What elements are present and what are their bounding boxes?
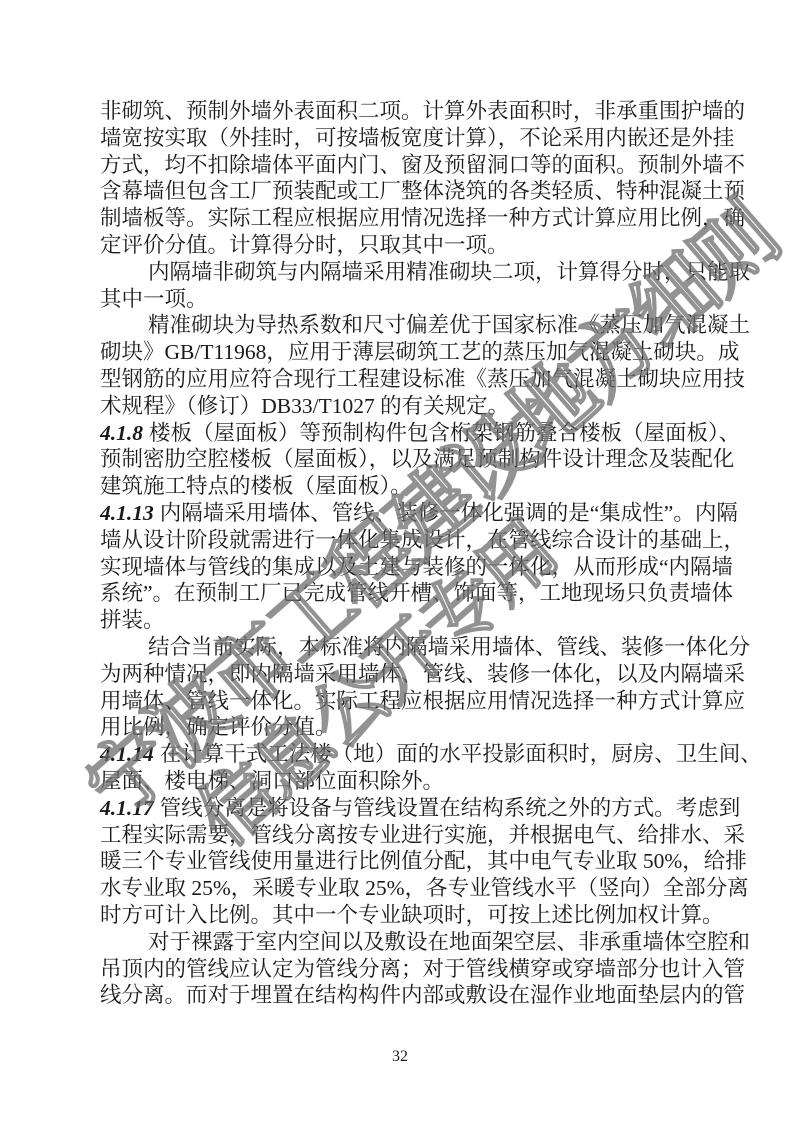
paragraph-first-line: 内隔墙非砌筑与内隔墙采用精准砌块二项，计算得分时，只能取 — [100, 259, 701, 286]
text-line: 砌块》GB/T11968，应用于薄层砌筑工艺的蒸压加气混凝土砌块。成 — [100, 339, 701, 366]
text-line: 非砌筑、预制外墙外表面积二项。计算外表面积时，非承重围护墙的 — [100, 98, 701, 125]
text-line: 拼装。 — [100, 607, 701, 634]
document-page: 非砌筑、预制外墙外表面积二项。计算外表面积时，非承重围护墙的墙宽按实取（外挂时，… — [0, 0, 800, 1131]
section-line: 4.1.8楼板（屋面板）等预制构件包含桁架钢筋叠合楼板（屋面板）、 — [100, 420, 701, 447]
line-text: 管线分离是将设备与管线设置在结构系统之外的方式。考虑到 — [160, 796, 741, 820]
line-text: 屋面、楼电梯、洞口部位面积除外。 — [100, 769, 444, 793]
line-text: 精准砌块为导热系数和尺寸偏差优于国家标准《蒸压加气混凝土 — [148, 313, 750, 337]
line-text: 其中一项。 — [100, 287, 208, 311]
section-number: 4.1.14 — [100, 742, 154, 766]
line-text: 型钢筋的应用应符合现行工程建设标准《蒸压加气混凝土砌块应用技 — [100, 367, 745, 391]
line-text: 水专业取 25%，采暖专业取 25%，各专业管线水平（竖向）全部分离 — [100, 876, 749, 900]
line-text: 对于裸露于室内空间以及敷设在地面架空层、非承重墙体空腔和 — [148, 930, 750, 954]
text-line: 制墙板等。实际工程应根据应用情况选择一种方式计算应用比例，确 — [100, 205, 701, 232]
line-text: 术规程》（修订）DB33/T1027 的有关规定。 — [100, 394, 509, 418]
text-line: 实现墙体与管线的集成以及土建与装修的一体化，从而形成“内隔墙 — [100, 554, 701, 581]
text-line: 型钢筋的应用应符合现行工程建设标准《蒸压加气混凝土砌块应用技 — [100, 366, 701, 393]
section-line: 4.1.17管线分离是将设备与管线设置在结构系统之外的方式。考虑到 — [100, 795, 701, 822]
text-line: 墙宽按实取（外挂时，可按墙板宽度计算），不论采用内嵌还是外挂 — [100, 125, 701, 152]
line-text: 楼板（屋面板）等预制构件包含桁架钢筋叠合楼板（屋面板）、 — [149, 421, 740, 445]
text-line: 系统”。在预制工厂已完成管线开槽、饰面等，工地现场只负责墙体 — [100, 580, 701, 607]
text-line: 用墙体、管线一体化。实际工程应根据应用情况选择一种方式计算应 — [100, 688, 701, 715]
line-text: 时方可计入比例。其中一个专业缺项时，可按上述比例加权计算。 — [100, 903, 724, 927]
section-line: 4.1.13内隔墙采用墙体、管线、装修一体化强调的是“集成性”。内隔 — [100, 500, 701, 527]
section-number: 4.1.8 — [100, 421, 143, 445]
line-text: 暖三个专业管线使用量进行比例值分配，其中电气专业取 50%，给排 — [100, 849, 747, 873]
line-text: 预制密肋空腔楼板（屋面板），以及满足预制构件设计理念及装配化 — [100, 447, 734, 471]
line-text: 含幕墙但包含工厂预装配或工厂整体浇筑的各类轻质、特种混凝土预 — [100, 179, 745, 203]
paragraph-first-line: 对于裸露于室内空间以及敷设在地面架空层、非承重墙体空腔和 — [100, 929, 701, 956]
text-line: 为两种情况，即内隔墙采用墙体、管线、装修一体化，以及内隔墙采 — [100, 661, 701, 688]
line-text: 方式，均不扣除墙体平面内门、窗及预留洞口等的面积。预制外墙不 — [100, 153, 745, 177]
text-line: 含幕墙但包含工厂预装配或工厂整体浇筑的各类轻质、特种混凝土预 — [100, 178, 701, 205]
text-line: 时方可计入比例。其中一个专业缺项时，可按上述比例加权计算。 — [100, 902, 701, 929]
line-text: 工程实际需要，管线分离按专业进行实施，并根据电气、给排水、采 — [100, 823, 745, 847]
line-text: 墙从设计阶段就需进行一体化集成设计，在管线综合设计的基础上， — [100, 528, 745, 552]
line-text: 墙宽按实取（外挂时，可按墙板宽度计算），不论采用内嵌还是外挂 — [100, 126, 734, 150]
line-text: 吊顶内的管线应认定为管线分离；对于管线横穿或穿墙部分也计入管 — [100, 957, 745, 981]
body-text: 非砌筑、预制外墙外表面积二项。计算外表面积时，非承重围护墙的墙宽按实取（外挂时，… — [100, 98, 701, 1009]
text-line: 吊顶内的管线应认定为管线分离；对于管线横穿或穿墙部分也计入管 — [100, 956, 701, 983]
text-line: 线分离。而对于埋置在结构构件内部或敷设在湿作业地面垫层内的管 — [100, 982, 701, 1009]
text-line: 暖三个专业管线使用量进行比例值分配，其中电气专业取 50%，给排 — [100, 848, 701, 875]
line-text: 线分离。而对于埋置在结构构件内部或敷设在湿作业地面垫层内的管 — [100, 983, 745, 1007]
text-line: 方式，均不扣除墙体平面内门、窗及预留洞口等的面积。预制外墙不 — [100, 152, 701, 179]
line-text: 非砌筑、预制外墙外表面积二项。计算外表面积时，非承重围护墙的 — [100, 99, 745, 123]
line-text: 实现墙体与管线的集成以及土建与装修的一体化，从而形成“内隔墙 — [100, 555, 733, 579]
line-text: 拼装。 — [100, 608, 165, 632]
line-text: 用墙体、管线一体化。实际工程应根据应用情况选择一种方式计算应 — [100, 689, 745, 713]
line-text: 内隔墙采用墙体、管线、装修一体化强调的是“集成性”。内隔 — [160, 501, 738, 525]
text-line: 预制密肋空腔楼板（屋面板），以及满足预制构件设计理念及装配化 — [100, 446, 701, 473]
text-line: 定评价分值。计算得分时，只取其中一项。 — [100, 232, 701, 259]
text-line: 其中一项。 — [100, 286, 701, 313]
line-text: 在计算干式工法楼（地）面的水平投影面积时，厨房、卫生间、 — [160, 742, 762, 766]
section-number: 4.1.13 — [100, 501, 154, 525]
paragraph-first-line: 精准砌块为导热系数和尺寸偏差优于国家标准《蒸压加气混凝土 — [100, 312, 701, 339]
text-line: 屋面、楼电梯、洞口部位面积除外。 — [100, 768, 701, 795]
text-line: 用比例，确定评价分值。 — [100, 714, 701, 741]
line-text: 定评价分值。计算得分时，只取其中一项。 — [100, 233, 509, 257]
section-number: 4.1.17 — [100, 796, 154, 820]
line-text: 内隔墙非砌筑与内隔墙采用精准砌块二项，计算得分时，只能取 — [148, 260, 750, 284]
section-line: 4.1.14在计算干式工法楼（地）面的水平投影面积时，厨房、卫生间、 — [100, 741, 701, 768]
line-text: 用比例，确定评价分值。 — [100, 715, 337, 739]
line-text: 为两种情况，即内隔墙采用墙体、管线、装修一体化，以及内隔墙采 — [100, 662, 745, 686]
line-text: 建筑施工特点的楼板（屋面板）。 — [100, 474, 412, 498]
line-text: 结合当前实际，本标准将内隔墙采用墙体、管线、装修一体化分 — [148, 635, 750, 659]
line-text: 制墙板等。实际工程应根据应用情况选择一种方式计算应用比例，确 — [100, 206, 745, 230]
line-text: 系统”。在预制工厂已完成管线开槽、饰面等，工地现场只负责墙体 — [100, 581, 733, 605]
text-line: 工程实际需要，管线分离按专业进行实施，并根据电气、给排水、采 — [100, 822, 701, 849]
text-line: 水专业取 25%，采暖专业取 25%，各专业管线水平（竖向）全部分离 — [100, 875, 701, 902]
text-line: 墙从设计阶段就需进行一体化集成设计，在管线综合设计的基础上， — [100, 527, 701, 554]
page-number: 32 — [0, 1048, 800, 1066]
text-line: 术规程》（修订）DB33/T1027 的有关规定。 — [100, 393, 701, 420]
paragraph-first-line: 结合当前实际，本标准将内隔墙采用墙体、管线、装修一体化分 — [100, 634, 701, 661]
line-text: 砌块》GB/T11968，应用于薄层砌筑工艺的蒸压加气混凝土砌块。成 — [100, 340, 739, 364]
text-line: 建筑施工特点的楼板（屋面板）。 — [100, 473, 701, 500]
